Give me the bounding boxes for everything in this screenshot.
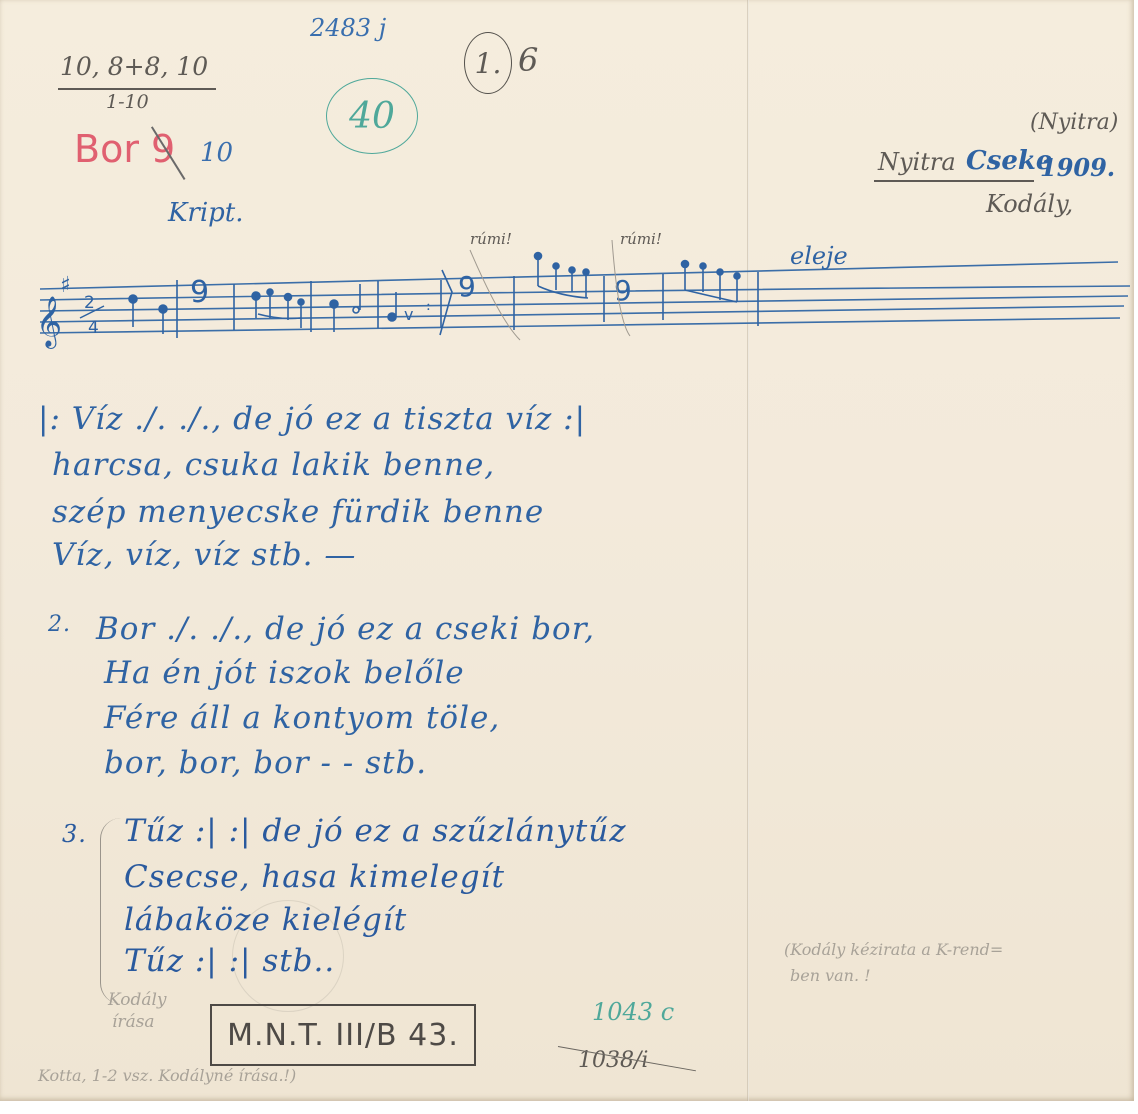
svg-text::: : <box>426 298 431 314</box>
shelfmark: M.N.T. III/B 43. <box>227 1018 459 1053</box>
music-staff: 𝄞 ♯ 2 4 9 v : 9 9 <box>0 0 1138 380</box>
teal-archive-number: 1043 c <box>592 1000 674 1024</box>
svg-text:2: 2 <box>84 293 95 313</box>
svg-text:4: 4 <box>88 318 99 338</box>
right-note-line1: (Kodály kézirata a K-rend= <box>784 942 1003 958</box>
svg-text:9: 9 <box>190 275 209 310</box>
treble-clef-icon: 𝄞 <box>36 296 62 349</box>
shelfmark-box: M.N.T. III/B 43. <box>210 1004 476 1066</box>
verse1-line2: harcsa, csuka lakik benne, <box>52 450 495 481</box>
verse1-line3: szép menyecske fürdik benne <box>52 497 544 528</box>
verse2-line4: bor, bor, bor - - stb. <box>104 748 427 779</box>
verse2-line1: Bor ./. ./., de jó ez a cseki bor, <box>96 614 595 645</box>
verse2-line2: Ha én jót iszok belőle <box>104 658 465 689</box>
music-annotation-1: rúmi! <box>470 232 512 247</box>
bottom-note: Kotta, 1-2 vsz. Kodályné írása.!) <box>38 1068 296 1084</box>
svg-text:v: v <box>404 305 413 324</box>
svg-text:9: 9 <box>614 274 632 307</box>
verse2-line3: Fére áll a kontyom töle, <box>104 703 500 734</box>
music-annotation-3: eleje <box>790 244 848 268</box>
kodaly-note-line1: Kodály <box>108 992 167 1009</box>
music-annotation-2: rúmi! <box>620 232 662 247</box>
verse1-line4: Víz, víz, víz stb. — <box>52 540 356 571</box>
verse3-number: 3. <box>62 822 87 846</box>
kodaly-note-line2: írása <box>112 1014 155 1031</box>
svg-text:9: 9 <box>458 270 476 303</box>
verse1-line1: |: Víz ./. ./., de jó ez a tiszta víz :| <box>38 404 586 435</box>
verse2-number: 2. <box>48 614 71 636</box>
sharp-icon: ♯ <box>60 273 71 298</box>
verse3-line1: Tűz :| :| de jó ez a szűzlánytűz <box>124 816 627 847</box>
right-note-line2: ben van. ! <box>790 968 871 984</box>
verse3-brace <box>100 818 121 1004</box>
faint-stamp <box>232 900 344 1012</box>
verse3-line2: Csecse, hasa kimelegít <box>124 862 505 893</box>
